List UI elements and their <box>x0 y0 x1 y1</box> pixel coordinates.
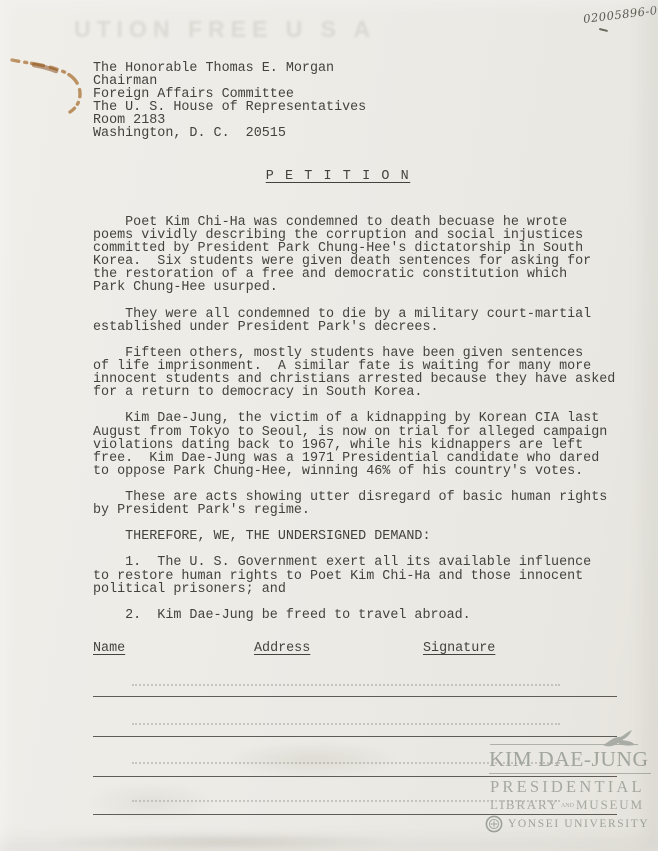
archive-number-underline-mark <box>599 28 608 32</box>
paragraph-5: These are acts showing utter disregard o… <box>93 491 633 517</box>
petition-title-text: P E T I T I O N <box>264 169 413 184</box>
watermark-library: LIBRARY <box>490 797 559 812</box>
dotted-trace <box>132 684 560 686</box>
signature-line <box>93 696 617 697</box>
petition-body: Poet Kim Chi-Ha was condemned to death b… <box>93 216 633 635</box>
watermark-library-museum: LIBRARYANDMUSEUM <box>490 797 644 813</box>
watermark-university-row: YONSEI UNIVERSITY <box>485 815 649 833</box>
petition-title: P E T I T I O N <box>0 166 658 184</box>
bleedthrough-smudge <box>55 833 390 851</box>
column-header-address: Address <box>254 641 313 656</box>
bleedthrough-smudge <box>85 782 215 822</box>
kdj-library-watermark: KIM DAE-JUNG PRESIDENTIAL LIBRARYANDMUSE… <box>483 735 658 843</box>
stain-mark <box>4 48 96 122</box>
yonsei-university-label: YONSEI UNIVERSITY <box>508 818 649 830</box>
yonsei-emblem-icon <box>485 815 503 833</box>
watermark-presidential: PRESIDENTIAL <box>490 777 645 797</box>
dotted-trace <box>132 723 560 725</box>
archive-number: 02005896-01 <box>582 2 658 26</box>
paragraph-1: Poet Kim Chi-Ha was condemned to death b… <box>93 216 633 295</box>
watermark-name: KIM DAE-JUNG <box>489 747 648 772</box>
petition-document-scan: UTION FREE U S A 02005896-01 The Honorab… <box>0 0 658 851</box>
column-header-signature: Signature <box>423 641 498 656</box>
demand-item-1: 1. The U. S. Government exert all its av… <box>93 556 633 595</box>
recipient-address-block: The Honorable Thomas E. Morgan Chairman … <box>93 62 366 141</box>
paragraph-4: Kim Dae-Jung, the victim of a kidnapping… <box>93 412 633 477</box>
column-header-name: Name <box>93 641 128 656</box>
demand-item-2: 2. Kim Dae-Jung be freed to travel abroa… <box>93 609 633 622</box>
bleedthrough-top-text: UTION FREE U S A <box>74 16 404 43</box>
paragraph-2: They were all condemned to die by a mili… <box>93 308 633 334</box>
watermark-museum: MUSEUM <box>576 797 644 812</box>
watermark-and: AND <box>561 803 574 809</box>
watermark-bottom-rule <box>489 773 651 774</box>
bleedthrough-smudge <box>225 742 400 778</box>
demands-heading: THEREFORE, WE, THE UNDERSIGNED DEMAND: <box>93 530 633 543</box>
paragraph-3: Fifteen others, mostly students have bee… <box>93 347 633 399</box>
